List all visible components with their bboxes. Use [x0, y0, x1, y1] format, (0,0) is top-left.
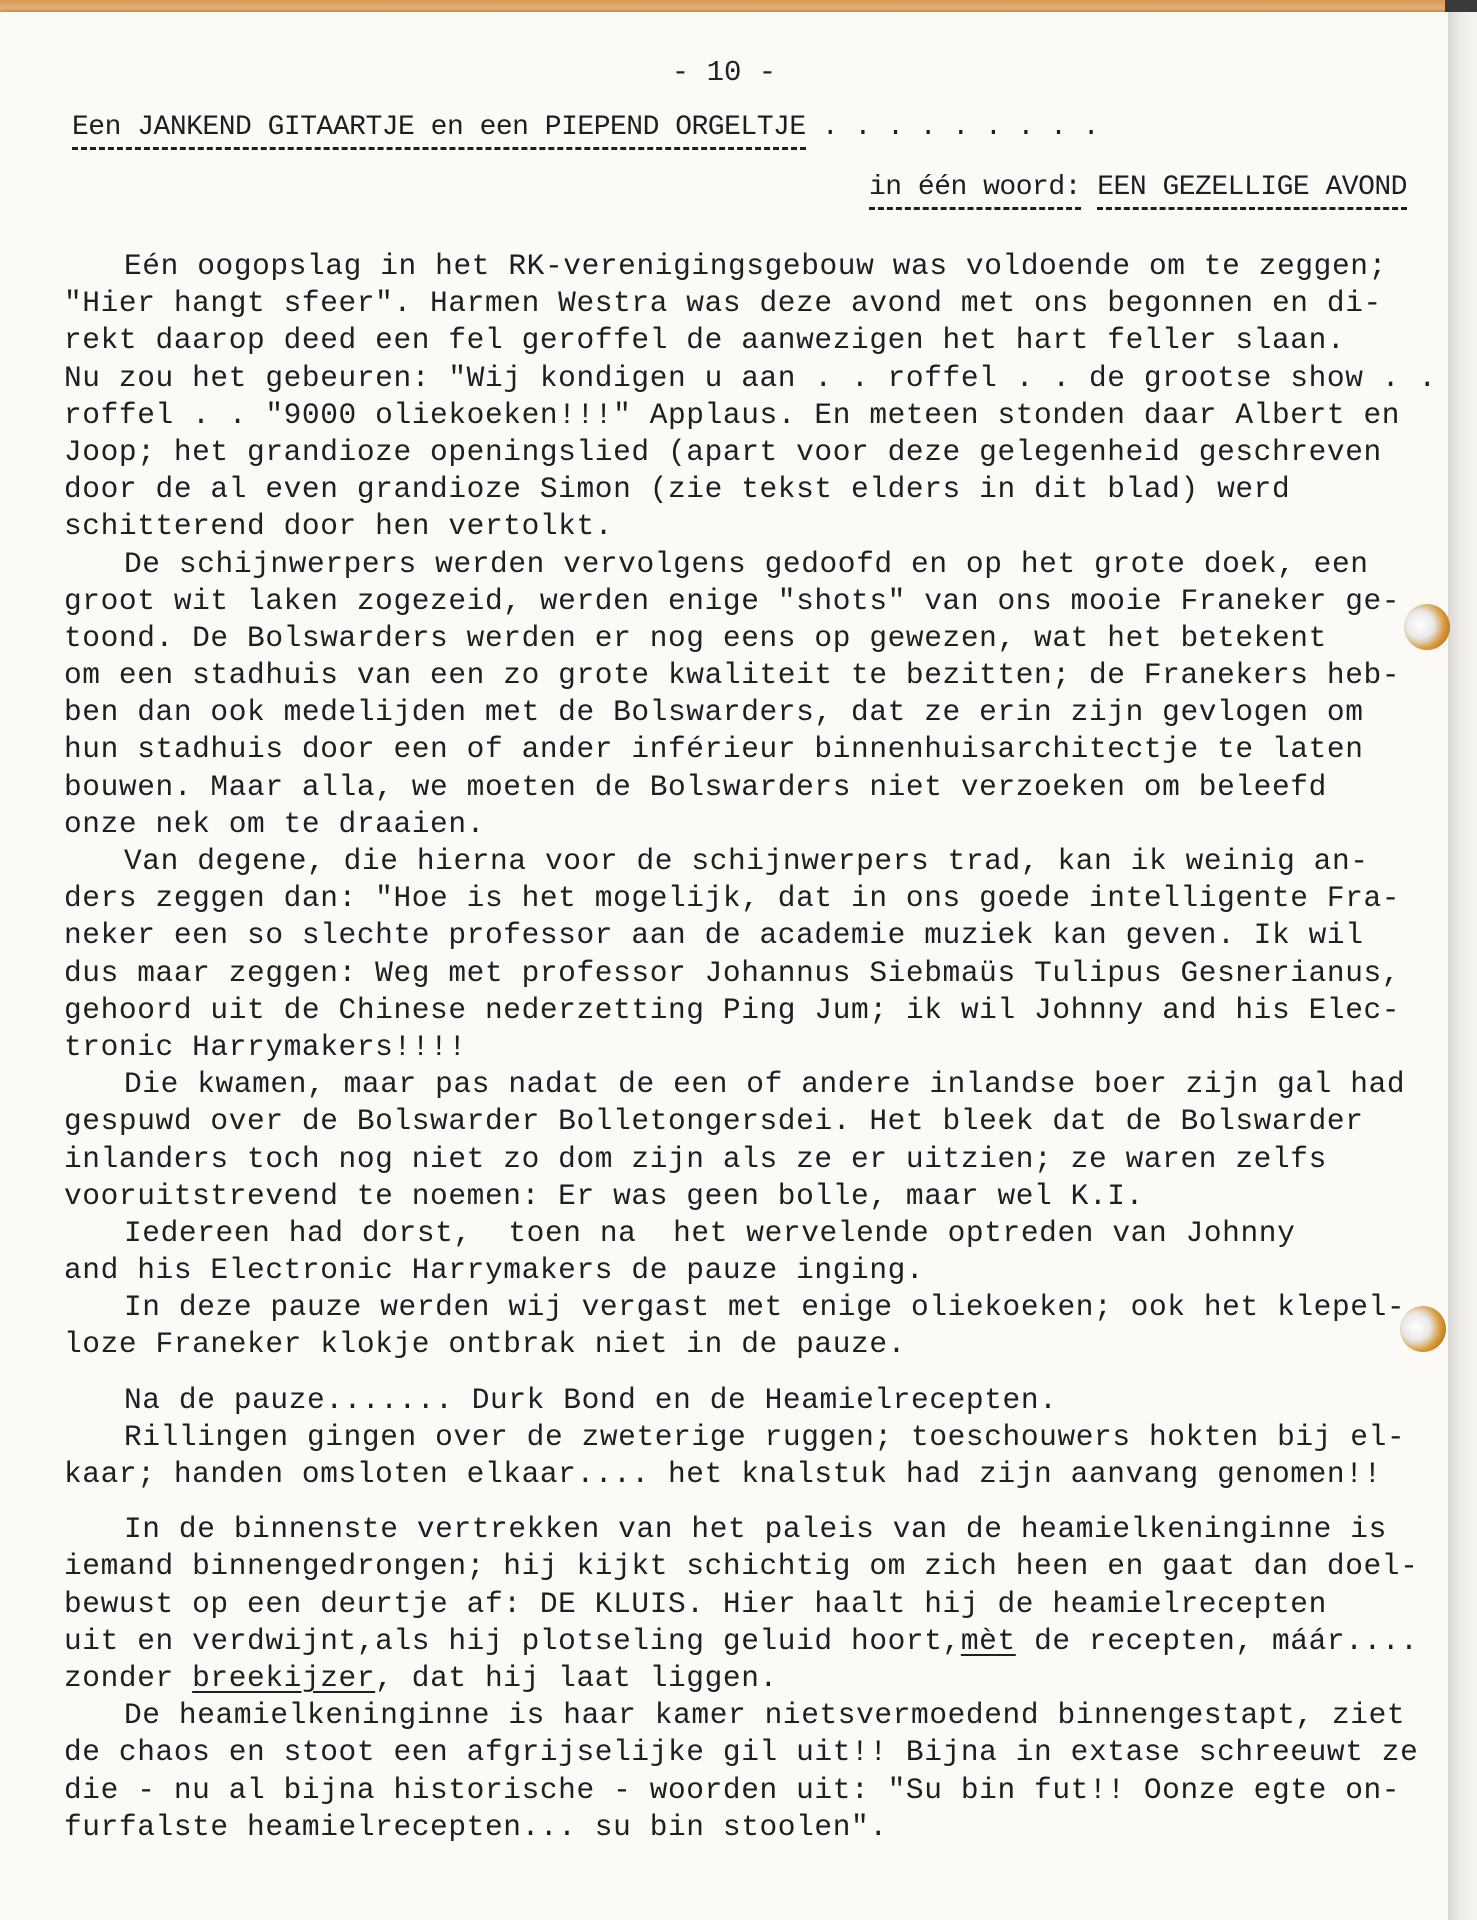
- article-body: Eén oogopslag in het RK-verenigingsgebou…: [64, 248, 1434, 1846]
- text-line: gehoord uit de Chinese nederzetting Ping…: [64, 992, 1434, 1029]
- text-line: Joop; het grandioze openingslied (apart …: [64, 434, 1434, 471]
- text-line: toond. De Bolswarders werden er nog eens…: [64, 620, 1434, 657]
- paragraph-2: De schijnwerpers werden vervolgens gedoo…: [64, 546, 1434, 844]
- paragraph-10: De heamielkeninginne is haar kamer niets…: [64, 1697, 1434, 1846]
- text-line: De heamielkeninginne is haar kamer niets…: [64, 1697, 1434, 1734]
- title-text: Een JANKEND GITAARTJE en een PIEPEND ORG…: [72, 112, 806, 150]
- text-segment: , dat hij laat liggen.: [375, 1661, 778, 1695]
- article-subtitle: in één woord: EEN GEZELLIGE AVOND: [869, 172, 1407, 203]
- paragraph-4: Die kwamen, maar pas nadat de een of and…: [64, 1066, 1434, 1215]
- punch-hole-icon: [1400, 1306, 1446, 1352]
- underlined-word: mèt: [961, 1624, 1016, 1658]
- text-line: uit en verdwijnt,als hij plotseling gelu…: [64, 1623, 1434, 1660]
- text-line: schitterend door hen vertolkt.: [64, 508, 1434, 545]
- text-line: iemand binnengedrongen; hij kijkt schich…: [64, 1548, 1434, 1585]
- subtitle-lead: in één woord:: [869, 172, 1081, 210]
- text-line: and his Electronic Harrymakers de pauze …: [64, 1252, 1434, 1289]
- text-line: neker een so slechte professor aan de ac…: [64, 917, 1434, 954]
- text-line: Van degene, die hierna voor de schijnwer…: [64, 843, 1434, 880]
- text-line: In deze pauze werden wij vergast met eni…: [64, 1289, 1434, 1326]
- text-segment: de recepten, máár....: [1016, 1624, 1419, 1658]
- paragraph-7: Na de pauze....... Durk Bond en de Heami…: [64, 1382, 1434, 1419]
- text-line: furfalste heamielrecepten... su bin stoo…: [64, 1809, 1434, 1846]
- text-line: In de binnenste vertrekken van het palei…: [64, 1511, 1434, 1548]
- text-line: om een stadhuis van een zo grote kwalite…: [64, 657, 1434, 694]
- text-line: Iedereen had dorst, toen na het wervelen…: [64, 1215, 1434, 1252]
- text-line: de chaos en stoot een afgrijselijke gil …: [64, 1734, 1434, 1771]
- text-line: bouwen. Maar alla, we moeten de Bolsward…: [64, 769, 1434, 806]
- article-title: Een JANKEND GITAARTJE en een PIEPEND ORG…: [72, 112, 1099, 143]
- paragraph-3: Van degene, die hierna voor de schijnwer…: [64, 843, 1434, 1066]
- text-line: door de al even grandioze Simon (zie tek…: [64, 471, 1434, 508]
- text-line: tronic Harrymakers!!!!: [64, 1029, 1434, 1066]
- paragraph-1: Eén oogopslag in het RK-verenigingsgebou…: [64, 248, 1434, 546]
- text-line: hun stadhuis door een of ander inférieur…: [64, 731, 1434, 768]
- text-line: Na de pauze....... Durk Bond en de Heami…: [64, 1382, 1434, 1419]
- page-right-edge: [1448, 12, 1477, 1920]
- text-line: Die kwamen, maar pas nadat de een of and…: [64, 1066, 1434, 1103]
- paragraph-8: Rillingen gingen over de zweterige rugge…: [64, 1419, 1434, 1493]
- paragraph-6: In deze pauze werden wij vergast met eni…: [64, 1289, 1434, 1363]
- title-dots: . . . . . . . . .: [806, 112, 1099, 143]
- text-line: roffel . . "9000 oliekoeken!!!" Applaus.…: [64, 397, 1434, 434]
- text-line: ben dan ook medelijden met de Bolswarder…: [64, 694, 1434, 731]
- text-line: groot wit laken zogezeid, werden enige "…: [64, 583, 1434, 620]
- text-line: Nu zou het gebeuren: "Wij kondigen u aan…: [64, 360, 1434, 397]
- text-line: De schijnwerpers werden vervolgens gedoo…: [64, 546, 1434, 583]
- text-line: inlanders toch nog niet zo dom zijn als …: [64, 1141, 1434, 1178]
- text-segment: uit en verdwijnt,als hij plotseling gelu…: [64, 1624, 961, 1658]
- underlined-word: breekijzer: [192, 1661, 375, 1695]
- text-line: kaar; handen omsloten elkaar.... het kna…: [64, 1456, 1434, 1493]
- text-segment: zonder: [64, 1661, 192, 1695]
- subtitle-main: EEN GEZELLIGE AVOND: [1097, 172, 1407, 210]
- paragraph-9: In de binnenste vertrekken van het palei…: [64, 1511, 1434, 1697]
- text-line: ders zeggen dan: "Hoe is het mogelijk, d…: [64, 880, 1434, 917]
- text-line: loze Franeker klokje ontbrak niet in de …: [64, 1326, 1434, 1363]
- text-line: "Hier hangt sfeer". Harmen Westra was de…: [64, 285, 1434, 322]
- text-line: Eén oogopslag in het RK-verenigingsgebou…: [64, 248, 1434, 285]
- text-line: Rillingen gingen over de zweterige rugge…: [64, 1419, 1434, 1456]
- text-line: zonder breekijzer, dat hij laat liggen.: [64, 1660, 1434, 1697]
- spacer: [64, 1493, 1434, 1511]
- text-line: dus maar zeggen: Weg met professor Johan…: [64, 955, 1434, 992]
- spacer: [64, 1364, 1434, 1382]
- text-line: bewust op een deurtje af: DE KLUIS. Hier…: [64, 1586, 1434, 1623]
- text-line: onze nek om te draaien.: [64, 806, 1434, 843]
- page-number: - 10 -: [0, 56, 1448, 89]
- text-line: gespuwd over de Bolswarder Bolletongersd…: [64, 1103, 1434, 1140]
- paragraph-5: Iedereen had dorst, toen na het wervelen…: [64, 1215, 1434, 1289]
- text-line: vooruitstrevend te noemen: Er was geen b…: [64, 1178, 1434, 1215]
- text-line: rekt daarop deed een fel geroffel de aan…: [64, 322, 1434, 359]
- punch-hole-icon: [1404, 604, 1450, 650]
- text-line: die - nu al bijna historische - woorden …: [64, 1772, 1434, 1809]
